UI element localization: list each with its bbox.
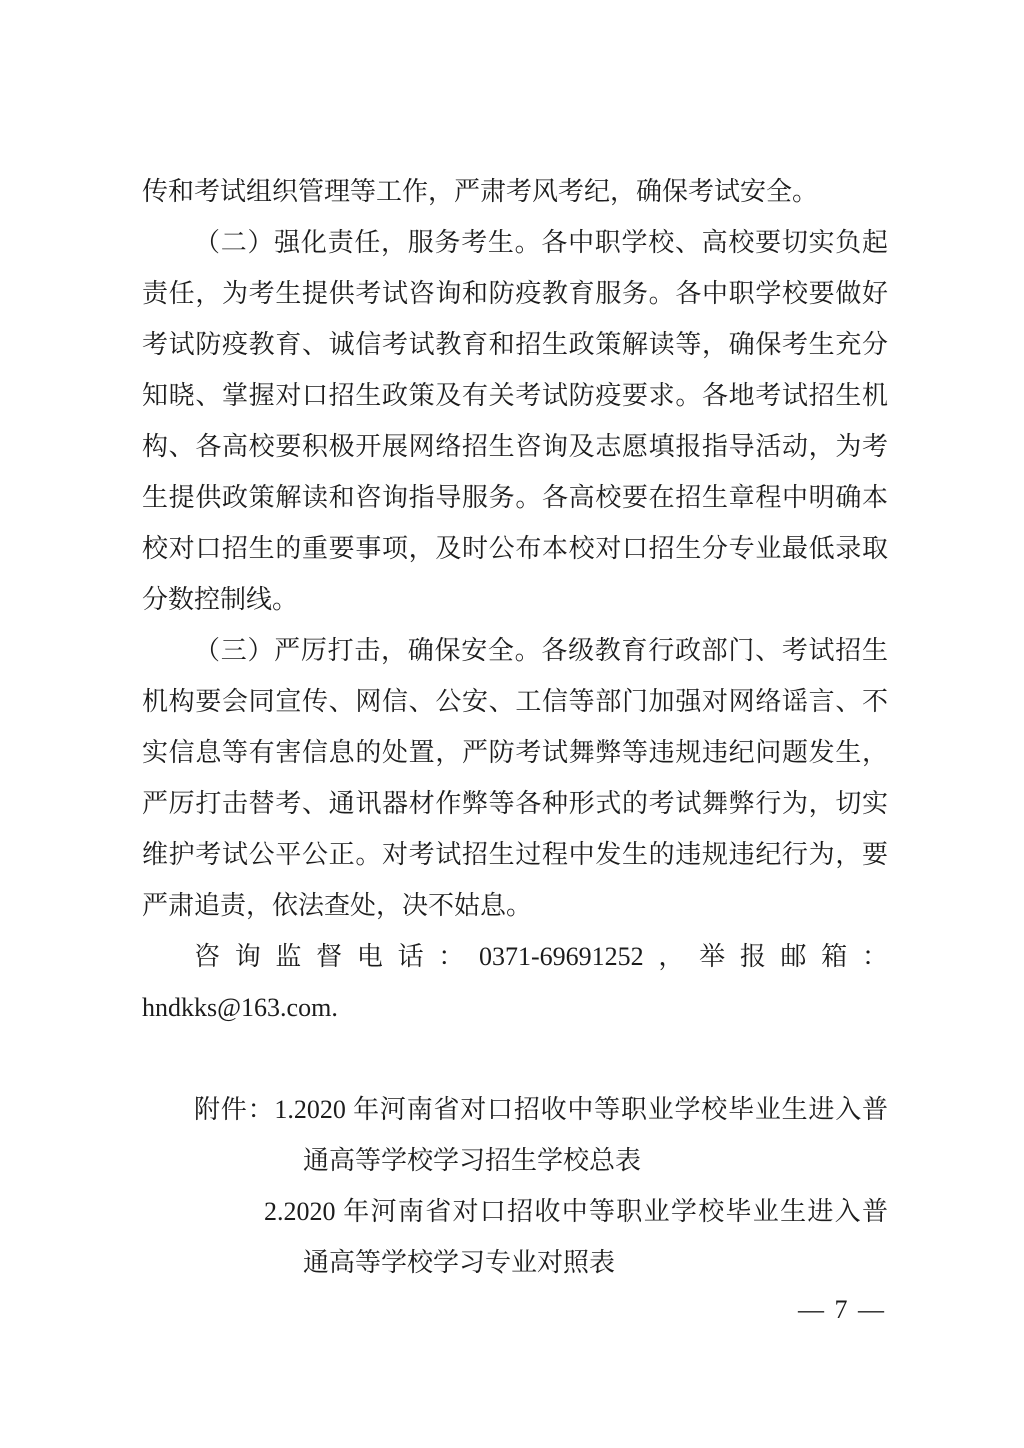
text-line: 通高等学校学习招生学校总表 [142, 1135, 888, 1186]
text-line: （三）严厉打击，确保安全。各级教育行政部门、考试招生 [142, 625, 888, 676]
page-number: — 7 — [798, 1284, 886, 1335]
text-line: 附件：1.2020 年河南省对口招收中等职业学校毕业生进入普 [142, 1084, 888, 1135]
text-line: 通高等学校学习专业对照表 [142, 1237, 888, 1288]
text-line: 分数控制线。 [142, 574, 888, 625]
document-body: 传和考试组织管理等工作，严肃考风考纪，确保考试安全。（二）强化责任，服务考生。各… [142, 166, 888, 1288]
document-page: 传和考试组织管理等工作，严肃考风考纪，确保考试安全。（二）强化责任，服务考生。各… [0, 0, 1024, 1448]
text-line: 考试防疫教育、诚信考试教育和招生政策解读等，确保考生充分 [142, 319, 888, 370]
text-line: 构、各高校要积极开展网络招生咨询及志愿填报指导活动，为考 [142, 421, 888, 472]
text-line: （二）强化责任，服务考生。各中职学校、高校要切实负起 [142, 217, 888, 268]
text-line [142, 1033, 888, 1084]
text-line: hndkks@163.com. [142, 982, 888, 1033]
text-line: 严肃追责，依法查处，决不姑息。 [142, 880, 888, 931]
text-line: 咨询监督电话：0371-69691252，举报邮箱： [142, 931, 888, 982]
text-line: 实信息等有害信息的处置，严防考试舞弊等违规违纪问题发生， [142, 727, 888, 778]
text-line: 机构要会同宣传、网信、公安、工信等部门加强对网络谣言、不 [142, 676, 888, 727]
text-line: 知晓、掌握对口招生政策及有关考试防疫要求。各地考试招生机 [142, 370, 888, 421]
text-line: 2.2020 年河南省对口招收中等职业学校毕业生进入普 [142, 1186, 888, 1237]
text-line: 生提供政策解读和咨询指导服务。各高校要在招生章程中明确本 [142, 472, 888, 523]
text-line: 严厉打击替考、通讯器材作弊等各种形式的考试舞弊行为，切实 [142, 778, 888, 829]
text-line: 校对口招生的重要事项，及时公布本校对口招生分专业最低录取 [142, 523, 888, 574]
text-line: 传和考试组织管理等工作，严肃考风考纪，确保考试安全。 [142, 166, 888, 217]
text-line: 维护考试公平公正。对考试招生过程中发生的违规违纪行为，要 [142, 829, 888, 880]
text-line: 责任，为考生提供考试咨询和防疫教育服务。各中职学校要做好 [142, 268, 888, 319]
